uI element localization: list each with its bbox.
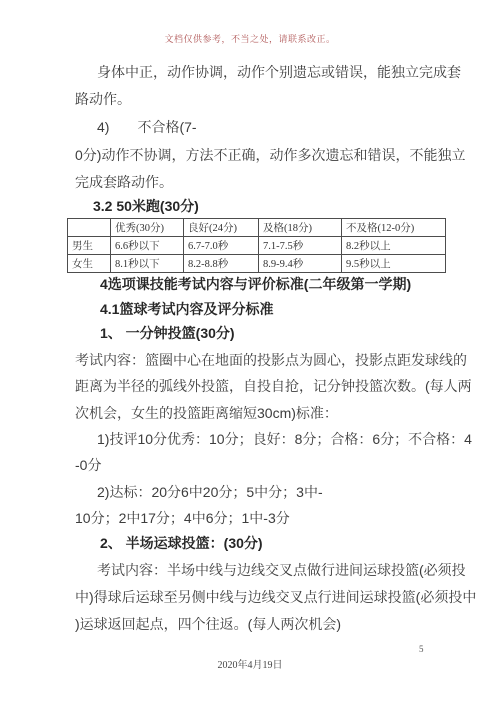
table-cell: 8.1秒以下 bbox=[111, 255, 184, 273]
body-line: 完成套路动作。 bbox=[75, 174, 173, 190]
table-cell: 9.5秒以上 bbox=[342, 255, 446, 273]
body-line: 0分)动作不协调，方法不正确，动作多次遗忘和错误，不能独立 bbox=[75, 147, 465, 163]
table-cell: 8.2秒以上 bbox=[342, 237, 446, 255]
table-row-male: 男生 6.6秒以下 6.7-7.0秒 7.1-7.5秒 8.2秒以上 bbox=[68, 237, 446, 255]
section-heading-halfcourt-dribble: 2、 半场运球投篮：(30分) bbox=[100, 535, 263, 551]
table-header-cell: 不及格(12-0分) bbox=[342, 219, 446, 237]
body-line: -0分 bbox=[75, 457, 101, 473]
body-line: 身体中正，动作协调，动作个别遗忘或错误，能独立完成套 bbox=[97, 64, 461, 80]
score-table: 优秀(30分) 良好(24分) 及格(18分) 不及格(12-0分) 男生 6.… bbox=[67, 218, 446, 273]
table-header-cell: 良好(24分) bbox=[184, 219, 259, 237]
table-header-cell bbox=[68, 219, 111, 237]
table-header-cell: 及格(18分) bbox=[259, 219, 342, 237]
body-line: )运球返回起点，四个往返。(每人两次机会) bbox=[75, 616, 341, 632]
body-line: 路动作。 bbox=[75, 91, 131, 107]
table-header-cell: 优秀(30分) bbox=[111, 219, 184, 237]
section-heading-one-minute-shot: 1、 一分钟投篮(30分) bbox=[100, 325, 235, 341]
table-cell: 8.9-9.4秒 bbox=[259, 255, 342, 273]
section-heading-elective-course: 4选项课技能考试内容与评价标准(二年级第一学期) bbox=[100, 276, 411, 292]
body-line: 1)技评10分优秀：10分；良好：8分；合格：6分；不合格：4 bbox=[97, 431, 472, 447]
body-line: 4) 不合格(7- bbox=[97, 119, 197, 135]
page-number: 5 bbox=[419, 644, 424, 654]
body-line: 次机会，女生的投篮距离缩短30cm)标准： bbox=[75, 405, 338, 421]
table-cell: 6.7-7.0秒 bbox=[184, 237, 259, 255]
body-line: 考试内容：半场中线与边线交叉点做行进间运球投篮(必须投 bbox=[97, 562, 466, 578]
body-line: 考试内容：篮圈中心在地面的投影点为圆心，投影点距发球线的 bbox=[75, 352, 467, 368]
body-line: 距离为半径的弧线外投篮，自投自抢，记分钟投篮次数。(每人两 bbox=[75, 378, 472, 394]
footer-date: 2020年4月19日 bbox=[0, 656, 500, 671]
table-cell: 7.1-7.5秒 bbox=[259, 237, 342, 255]
table-cell: 男生 bbox=[68, 237, 111, 255]
section-heading-basketball: 4.1篮球考试内容及评分标准 bbox=[100, 301, 273, 317]
section-heading-50m-run: 3.2 50米跑(30分) bbox=[93, 198, 199, 214]
table-cell: 6.6秒以下 bbox=[111, 237, 184, 255]
body-line: 中)得球后运球至另侧中线与边线交叉点行进间运球投篮(必须投中 bbox=[75, 589, 476, 605]
document-page: 文档仅供参考，不当之处，请联系改正。 身体中正，动作协调，动作个别遗忘或错误，能… bbox=[0, 0, 500, 707]
watermark-text: 文档仅供参考，不当之处，请联系改正。 bbox=[0, 32, 500, 45]
table-row-female: 女生 8.1秒以下 8.2-8.8秒 8.9-9.4秒 9.5秒以上 bbox=[68, 255, 446, 273]
table-cell: 女生 bbox=[68, 255, 111, 273]
table-header-row: 优秀(30分) 良好(24分) 及格(18分) 不及格(12-0分) bbox=[68, 219, 446, 237]
body-line: 2)达标：20分6中20分；5中分；3中- bbox=[97, 484, 323, 500]
body-line: 10分；2中17分；4中6分；1中-3分 bbox=[75, 510, 290, 526]
table-cell: 8.2-8.8秒 bbox=[184, 255, 259, 273]
